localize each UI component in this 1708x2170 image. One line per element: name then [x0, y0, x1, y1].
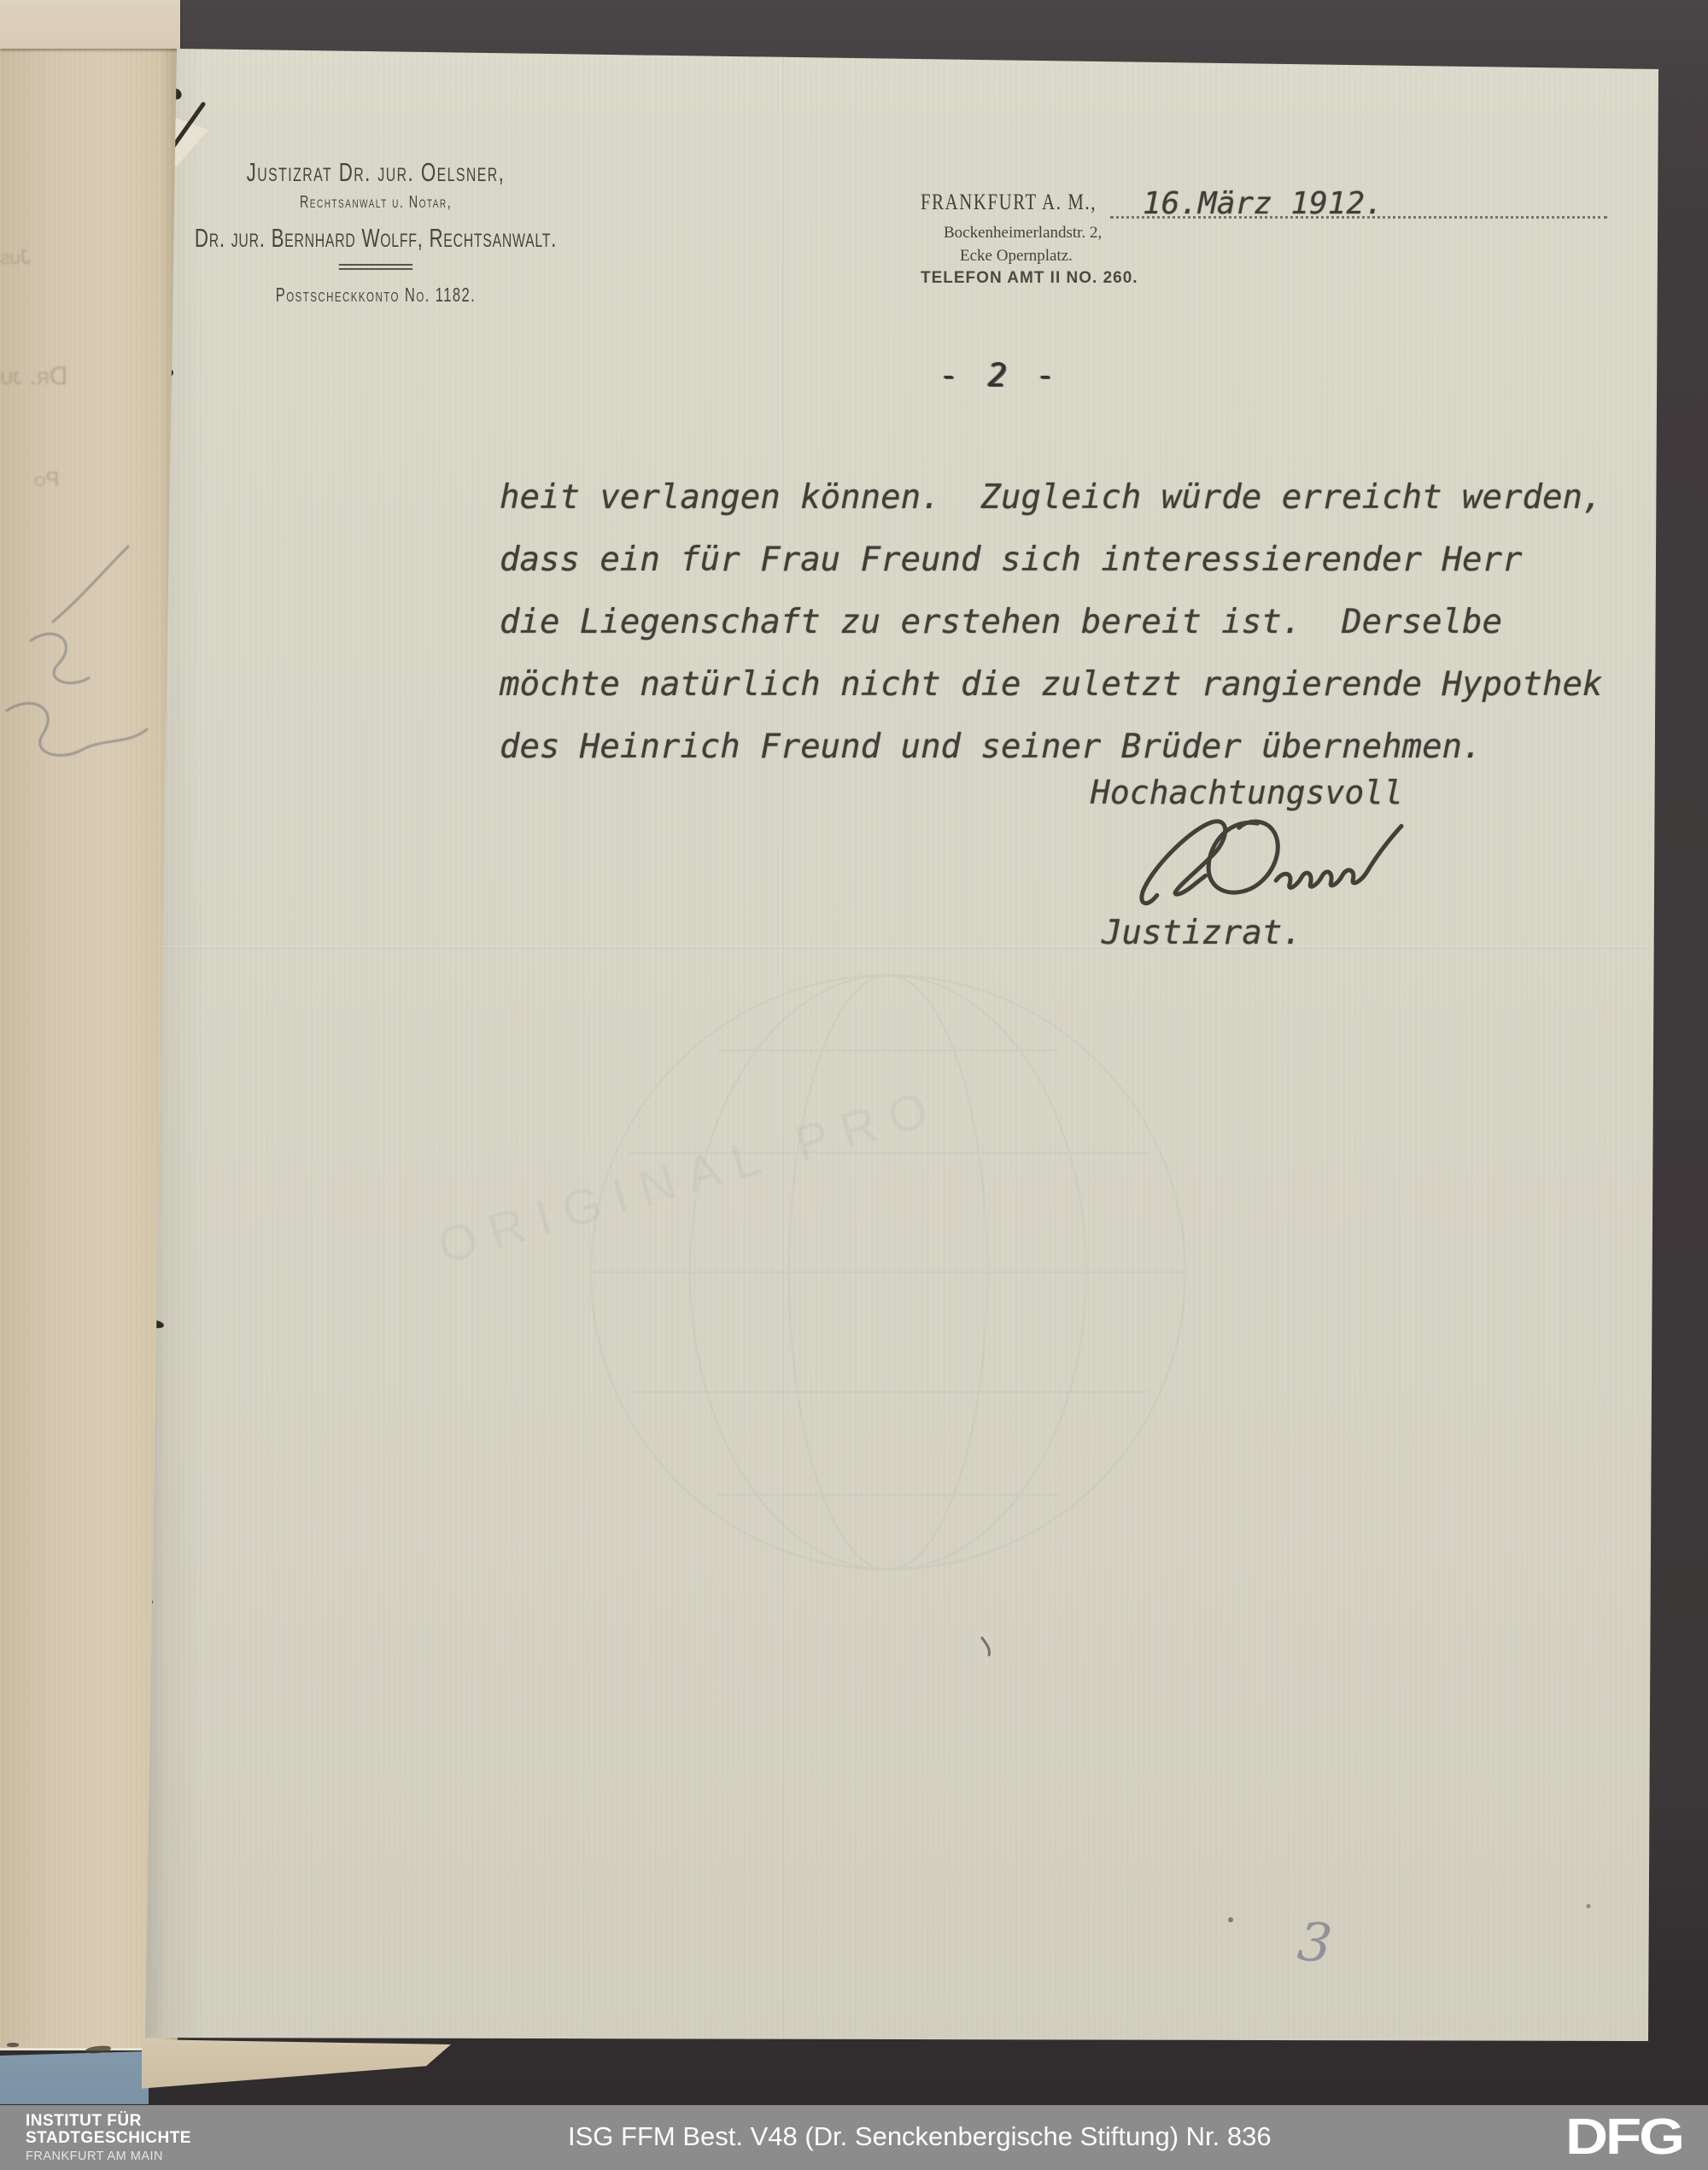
bleedthrough-text-1: Justizrat: [0, 246, 31, 270]
ink-marks-overlay: [0, 0, 1708, 2170]
archive-footer-bar: INSTITUT FÜR STADTGESCHICHTE FRANKFURT A…: [0, 2105, 1708, 2170]
scanned-letter: Justizrat Dr. jur. Bern Po: [0, 0, 1708, 2170]
dfg-logo: DFG: [1565, 2107, 1682, 2165]
letter-page: ORIGINAL PRO Justizrat Dr. jur. Oelsner,…: [0, 0, 1708, 2170]
deckle-speck: [7, 2043, 19, 2047]
bleedthrough-text-3: Po: [34, 468, 59, 492]
pencil-scribble: [0, 512, 178, 820]
institute-logo-block: INSTITUT FÜR STADTGESCHICHTE FRANKFURT A…: [26, 2113, 191, 2165]
bleedthrough-text-2: Dr. jur. Bern: [0, 362, 67, 391]
underlying-page-corner: [0, 0, 180, 49]
institute-line2: STADTGESCHICHTE: [26, 2130, 191, 2147]
archive-reference: ISG FFM Best. V48 (Dr. Senckenbergische …: [568, 2121, 1272, 2152]
institute-line1: INSTITUT FÜR: [26, 2113, 191, 2130]
institute-line3: FRANKFURT AM MAIN: [26, 2148, 191, 2165]
blue-underlay-paper: [0, 2051, 149, 2104]
underlay-bottom-edge: [142, 2039, 451, 2091]
